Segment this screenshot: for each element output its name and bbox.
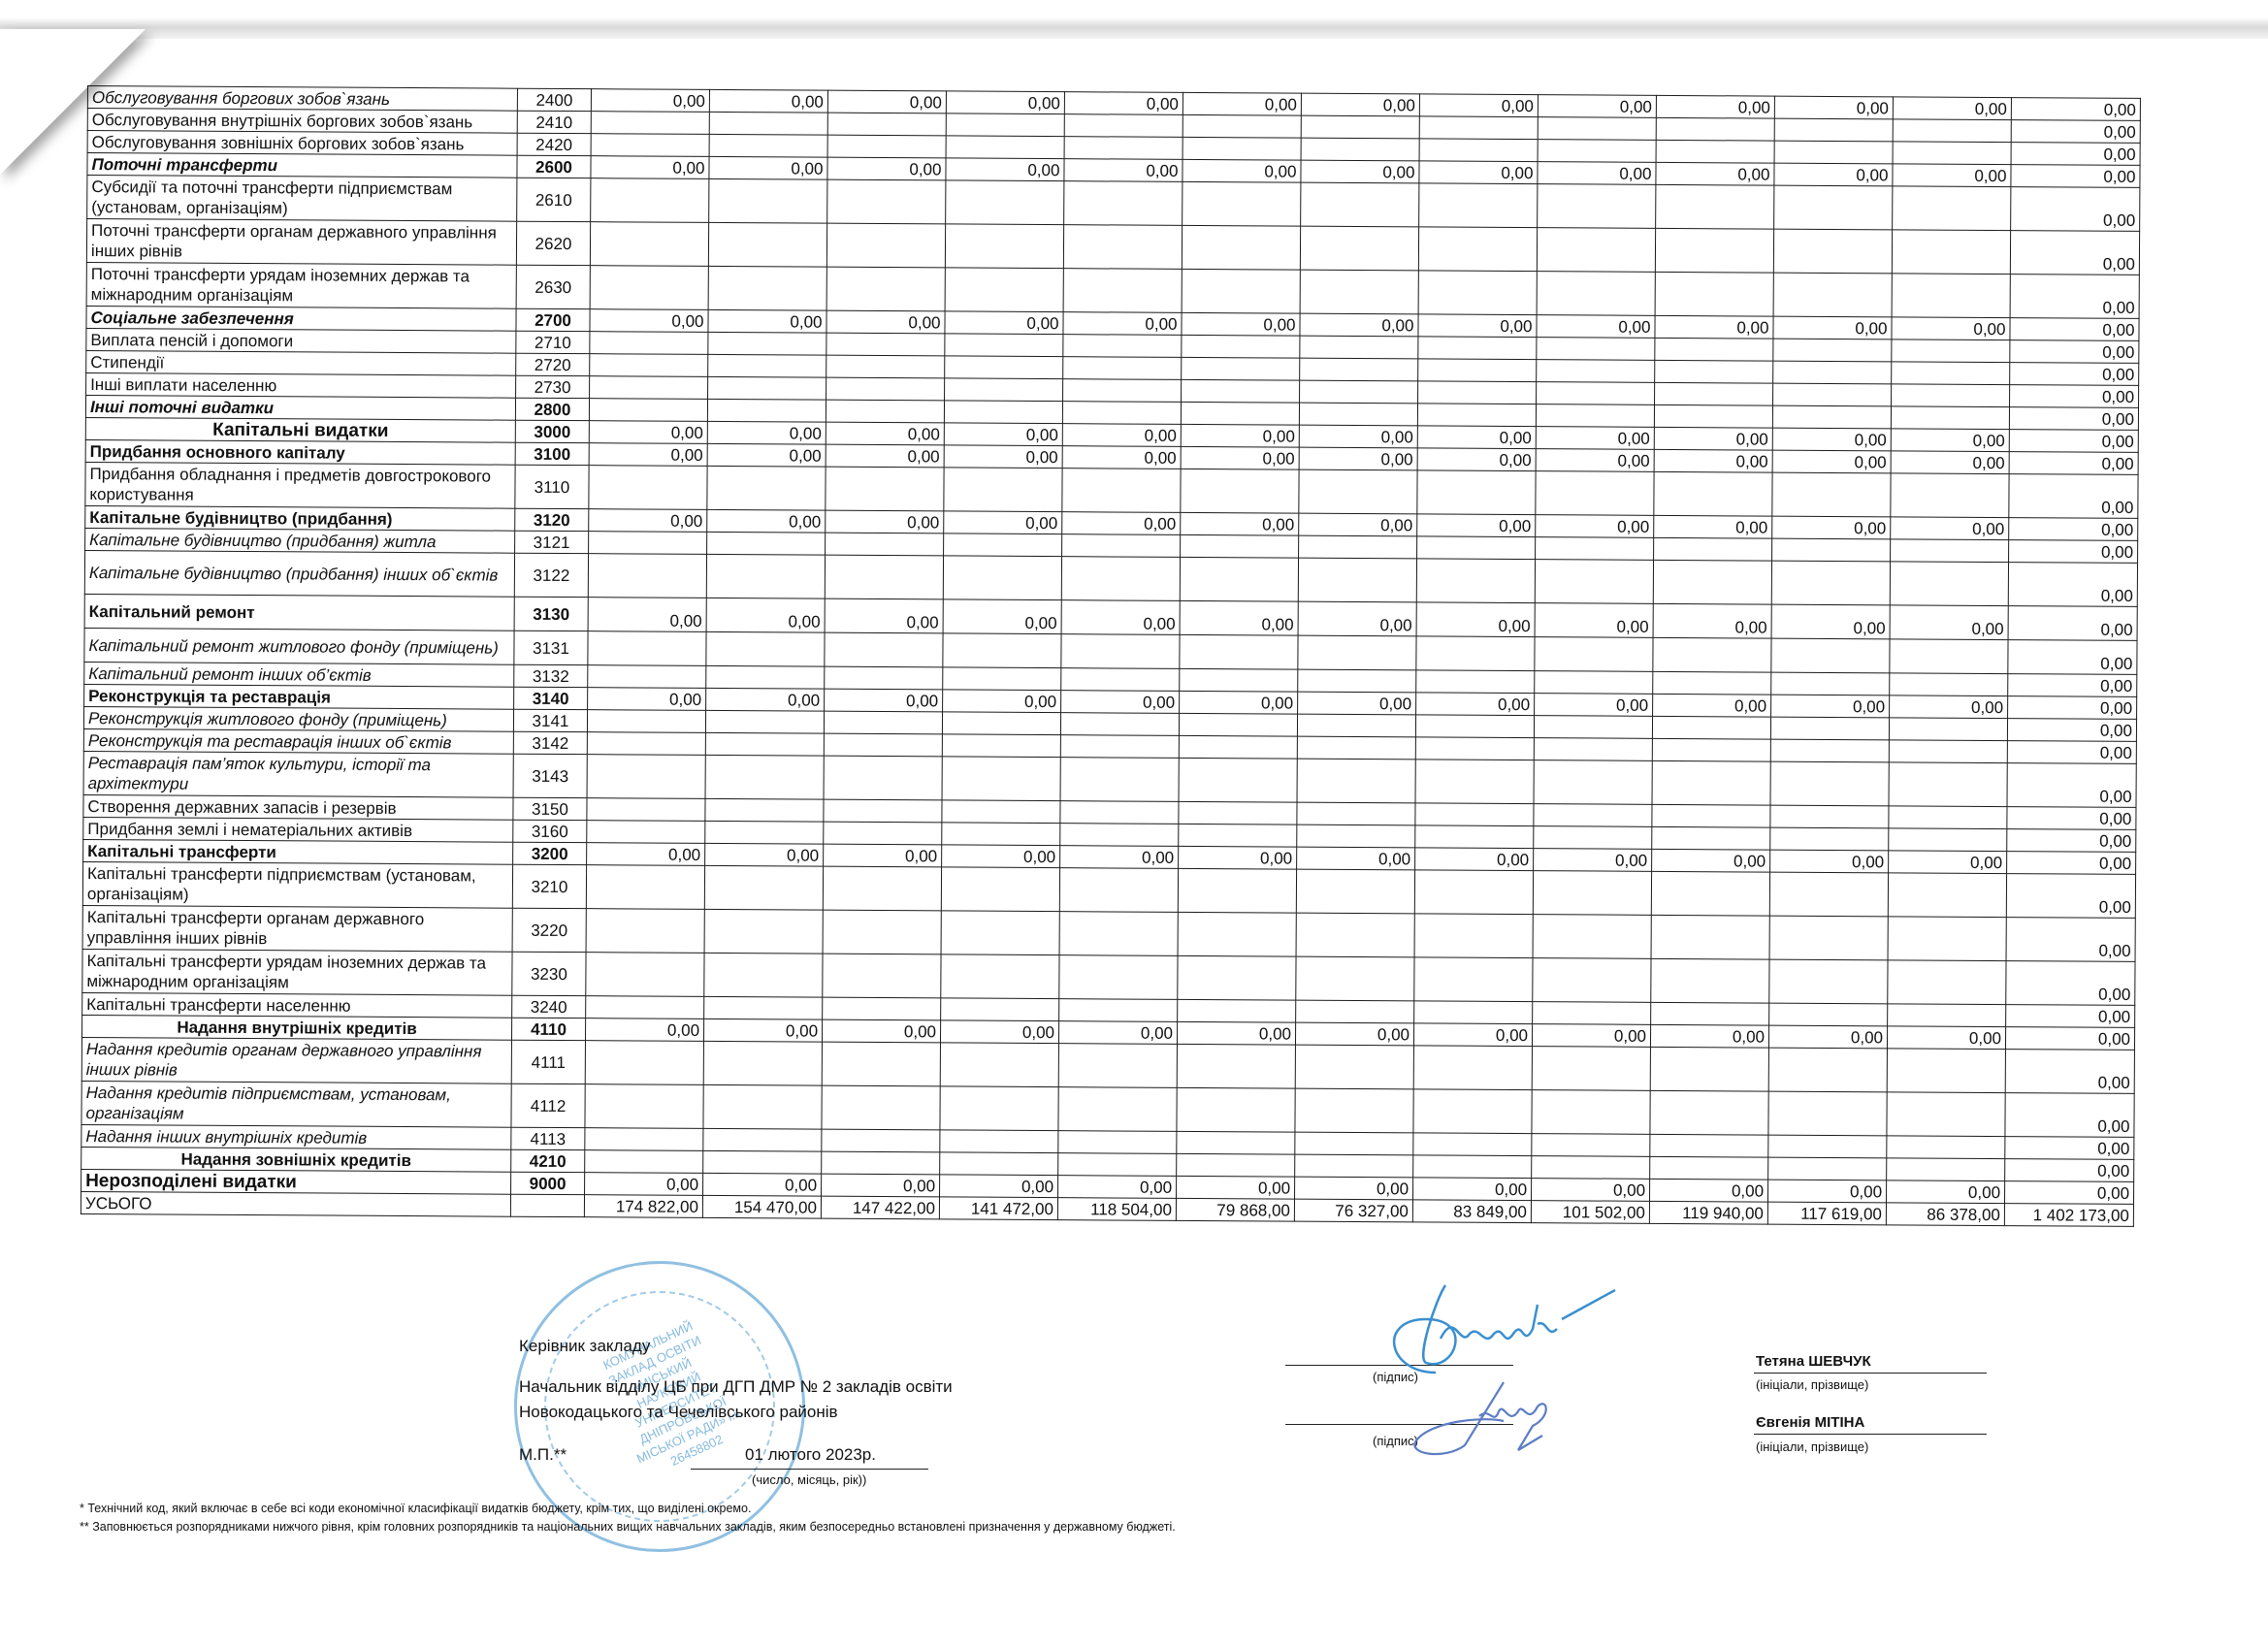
month-value xyxy=(585,1084,703,1129)
month-value xyxy=(943,667,1061,691)
month-value: 0,00 xyxy=(1892,317,2010,340)
row-label: Надання інших внутрішніх кредитів xyxy=(81,1124,511,1149)
row-label: Капітальні трансферти xyxy=(83,839,513,864)
month-value xyxy=(825,555,943,599)
accountant-name-line xyxy=(1754,1434,1987,1435)
row-label: Обслуговування внутрішніх боргових зобов… xyxy=(87,109,517,134)
row-code: 3143 xyxy=(513,754,587,797)
month-value xyxy=(589,466,707,510)
month-value: 0,00 xyxy=(1062,512,1181,535)
month-value xyxy=(708,222,826,267)
row-code: 2420 xyxy=(517,133,591,155)
month-value xyxy=(1771,672,1890,695)
row-total: 0,00 xyxy=(2006,918,2135,962)
month-value xyxy=(1774,118,1893,142)
row-total: 0,00 xyxy=(2007,719,2136,742)
row-total: 0,00 xyxy=(2006,961,2135,1006)
month-value: 0,00 xyxy=(588,598,706,632)
month-value: 0,00 xyxy=(591,89,709,113)
month-value xyxy=(1893,119,2011,143)
head-handwritten-signature xyxy=(1368,1280,1620,1392)
month-value xyxy=(1179,824,1297,847)
month-value: 0,00 xyxy=(943,599,1061,634)
month-value xyxy=(822,1085,940,1130)
month-value: 0,00 xyxy=(1061,600,1180,635)
month-value xyxy=(587,755,705,799)
month-value: 0,00 xyxy=(826,422,944,445)
month-value: 0,00 xyxy=(827,157,946,180)
month-value xyxy=(1892,362,2010,385)
month-value xyxy=(823,866,941,911)
month-value: 0,00 xyxy=(1771,695,1890,718)
row-total: 0,00 xyxy=(2004,1181,2133,1205)
row-label: Капітальне будівництво (придбання) інших… xyxy=(84,550,514,597)
month-value xyxy=(944,533,1062,557)
month-value: 0,00 xyxy=(1535,603,1653,638)
month-value xyxy=(1181,402,1299,425)
month-value: 0,00 xyxy=(1417,448,1536,471)
month-value: 0,00 xyxy=(1417,426,1536,449)
row-total: 0,00 xyxy=(2008,563,2137,607)
month-value xyxy=(1058,1131,1177,1154)
row-label: Капітальні трансферти урядам іноземних д… xyxy=(82,949,512,995)
month-value xyxy=(1178,912,1296,956)
month-value: 0,00 xyxy=(1300,313,1418,337)
month-value xyxy=(1536,404,1654,428)
month-value xyxy=(706,665,825,689)
row-label: Капітальні трансферти органам державного… xyxy=(82,905,512,952)
month-value: 0,00 xyxy=(703,1018,822,1042)
month-value xyxy=(1177,1131,1295,1154)
month-value: 0,00 xyxy=(824,844,942,867)
month-value xyxy=(1890,673,2008,696)
row-total: 0,00 xyxy=(2010,385,2139,408)
month-value xyxy=(1300,226,1418,271)
row-code: 3230 xyxy=(512,952,586,995)
month-total: 101 502,00 xyxy=(1531,1201,1649,1224)
month-value xyxy=(1183,114,1301,138)
month-value xyxy=(1415,825,1534,849)
footnote-1: * Технічний код, який включає в себе всі… xyxy=(80,1502,751,1515)
month-value xyxy=(1418,337,1537,360)
month-value xyxy=(1182,269,1300,313)
month-value xyxy=(1180,557,1298,601)
month-value xyxy=(586,953,704,997)
row-label: Обслуговування боргових зобов`язань xyxy=(87,86,517,112)
month-value: 0,00 xyxy=(1415,848,1534,871)
row-code: 3110 xyxy=(515,465,589,508)
month-value xyxy=(1890,562,2008,606)
month-value: 0,00 xyxy=(1653,694,1771,717)
month-value xyxy=(1537,382,1655,405)
row-label: Надання внутрішніх кредитів xyxy=(82,1015,512,1040)
row-code: 4111 xyxy=(511,1040,585,1083)
row-total: 0,00 xyxy=(2005,1050,2134,1094)
month-value: 0,00 xyxy=(1889,851,2007,874)
month-value xyxy=(1652,804,1770,827)
month-value xyxy=(1178,955,1296,1000)
month-value xyxy=(587,821,705,844)
month-value xyxy=(1063,269,1182,313)
month-value xyxy=(590,376,708,400)
month-value xyxy=(589,399,707,422)
row-code: 3130 xyxy=(514,597,588,630)
month-value xyxy=(1533,1002,1651,1025)
month-value xyxy=(1537,360,1655,383)
month-value xyxy=(1299,535,1417,559)
month-value xyxy=(587,732,705,756)
row-label: Надання кредитів органам державного упра… xyxy=(81,1037,511,1083)
month-value xyxy=(1415,737,1534,760)
month-value xyxy=(1182,335,1300,358)
row-total: 0,00 xyxy=(2006,1005,2135,1028)
month-value: 0,00 xyxy=(1536,427,1654,450)
month-value: 0,00 xyxy=(1062,424,1181,447)
month-value: 0,00 xyxy=(1058,1176,1177,1199)
month-value xyxy=(587,710,705,733)
row-label: Капітальний ремонт xyxy=(84,594,514,630)
month-value: 0,00 xyxy=(1183,92,1301,115)
month-value xyxy=(1301,182,1419,227)
month-value xyxy=(1182,225,1300,270)
month-value xyxy=(1769,1003,1888,1026)
row-code: 2700 xyxy=(516,308,590,331)
month-value: 0,00 xyxy=(587,843,705,866)
month-value xyxy=(1772,538,1891,562)
month-value xyxy=(1893,142,2011,165)
month-value xyxy=(1417,536,1536,560)
month-value xyxy=(944,468,1062,512)
month-value xyxy=(1537,272,1655,316)
month-value xyxy=(1773,273,1892,317)
month-value xyxy=(1295,1132,1413,1155)
month-value xyxy=(1769,959,1888,1004)
month-value xyxy=(1534,826,1652,850)
date-caption: (число, місяць, рік)) xyxy=(752,1472,866,1487)
month-value xyxy=(1653,560,1771,604)
month-value: 0,00 xyxy=(1063,312,1182,336)
row-total: 0,00 xyxy=(2011,120,2140,144)
month-value xyxy=(1297,802,1415,825)
month-value: 0,00 xyxy=(1413,1178,1532,1201)
month-value: 0,00 xyxy=(822,1019,940,1043)
row-code: 3000 xyxy=(515,420,589,442)
month-value xyxy=(1888,917,2006,961)
month-total: 119 940,00 xyxy=(1649,1201,1767,1224)
month-value xyxy=(708,376,826,400)
row-label: Капітальні трансферти підприємствам (уст… xyxy=(82,861,512,908)
month-total: 79 868,00 xyxy=(1176,1198,1294,1221)
month-value xyxy=(942,800,1060,824)
month-value: 0,00 xyxy=(1770,850,1889,873)
month-total: 174 822,00 xyxy=(584,1195,702,1218)
month-value xyxy=(1058,1087,1177,1132)
month-value xyxy=(1891,473,2009,518)
month-value xyxy=(1298,635,1416,670)
month-value: 0,00 xyxy=(1058,1021,1177,1045)
month-value xyxy=(1893,186,2011,231)
month-value xyxy=(825,632,943,667)
month-value: 0,00 xyxy=(589,509,707,533)
month-value xyxy=(1651,871,1769,916)
month-value: 0,00 xyxy=(1886,1180,2004,1204)
month-value xyxy=(1770,739,1889,762)
row-code: 2620 xyxy=(516,221,590,265)
month-value xyxy=(703,1084,822,1129)
month-value xyxy=(1181,534,1299,558)
month-value xyxy=(1177,1087,1295,1132)
month-value xyxy=(1652,826,1770,850)
month-value xyxy=(1059,955,1178,1000)
month-total: 83 849,00 xyxy=(1412,1200,1531,1223)
month-value: 0,00 xyxy=(1299,513,1417,536)
row-code: 3160 xyxy=(513,820,587,842)
row-code: 3142 xyxy=(513,731,587,754)
row-code: 3200 xyxy=(513,842,587,864)
month-value: 0,00 xyxy=(1893,97,2011,120)
month-value xyxy=(1415,760,1534,804)
month-value xyxy=(706,554,825,598)
month-value xyxy=(1419,116,1538,140)
row-code: 4110 xyxy=(511,1018,585,1040)
month-value: 0,00 xyxy=(826,444,944,468)
row-label: Нерозподілені видатки xyxy=(81,1169,511,1194)
month-value: 0,00 xyxy=(1416,602,1535,637)
month-value xyxy=(1177,1044,1295,1088)
month-value: 0,00 xyxy=(1538,95,1656,118)
row-code: 4112 xyxy=(511,1083,585,1127)
month-value: 0,00 xyxy=(1893,164,2011,187)
row-code: 2800 xyxy=(515,398,589,420)
month-value: 0,00 xyxy=(1887,1026,2005,1050)
month-value xyxy=(1534,716,1652,739)
month-value xyxy=(588,631,706,666)
month-value xyxy=(1771,638,1890,673)
month-value: 0,00 xyxy=(1180,691,1298,714)
month-value xyxy=(826,267,945,311)
month-value xyxy=(1651,1002,1769,1025)
row-code: 3240 xyxy=(512,995,586,1018)
month-value xyxy=(1536,537,1654,561)
month-value xyxy=(587,798,705,822)
month-value xyxy=(703,1041,822,1085)
month-total: 76 327,00 xyxy=(1294,1199,1412,1222)
month-value xyxy=(1888,1004,2006,1027)
month-value: 0,00 xyxy=(709,156,827,179)
row-label: Реконструкція житлового фонду (приміщень… xyxy=(83,706,513,731)
month-value xyxy=(709,178,827,223)
month-value xyxy=(1063,225,1182,270)
month-value: 0,00 xyxy=(1768,1180,1887,1203)
row-label: Субсидії та поточні трансферти підприємс… xyxy=(87,176,517,222)
row-total: 0,00 xyxy=(2010,363,2139,386)
month-total: 86 378,00 xyxy=(1886,1203,2004,1226)
budget-expenditure-table: Обслуговування боргових зобов`язань24000… xyxy=(81,85,2141,1227)
month-value xyxy=(708,332,826,355)
row-label: Поточні трансферти урядам іноземних держ… xyxy=(86,262,516,308)
month-value xyxy=(705,710,824,733)
month-value xyxy=(1535,637,1653,672)
month-value xyxy=(1537,228,1655,273)
month-value xyxy=(1890,639,2008,674)
head-name-line xyxy=(1754,1373,1987,1374)
month-value xyxy=(1892,339,2010,363)
month-value xyxy=(826,377,945,401)
month-value xyxy=(1656,184,1774,229)
row-label: Капітальний ремонт житлового фонду (прим… xyxy=(84,628,514,664)
month-value xyxy=(1297,759,1415,803)
row-code: 2730 xyxy=(516,375,590,398)
month-value xyxy=(1770,827,1889,851)
month-value xyxy=(1413,1133,1532,1156)
month-value xyxy=(1655,272,1773,316)
month-value: 0,00 xyxy=(1654,449,1772,472)
month-value xyxy=(1889,806,2007,829)
row-code: 9000 xyxy=(511,1172,585,1194)
month-value xyxy=(1652,716,1770,739)
scan-edge-shadow xyxy=(0,0,2268,39)
month-value: 0,00 xyxy=(591,156,709,179)
month-value: 0,00 xyxy=(1654,515,1772,538)
month-value xyxy=(1773,229,1892,274)
month-value xyxy=(1889,762,2007,807)
month-value xyxy=(1416,636,1535,671)
month-value xyxy=(586,865,704,910)
month-value xyxy=(822,1129,940,1152)
month-value: 0,00 xyxy=(585,1018,703,1042)
month-value: 0,00 xyxy=(1419,161,1538,184)
month-value xyxy=(1416,559,1535,603)
month-value xyxy=(1768,1048,1887,1092)
month-value xyxy=(1888,960,2006,1005)
month-value xyxy=(1768,1135,1887,1158)
month-value xyxy=(1770,717,1889,740)
month-value xyxy=(590,266,708,310)
month-value xyxy=(823,997,941,1020)
month-value xyxy=(1535,560,1653,604)
month-value xyxy=(1060,758,1179,802)
month-value: 0,00 xyxy=(1650,1179,1768,1202)
row-total: 0,00 xyxy=(2009,407,2138,431)
month-value xyxy=(826,533,944,556)
month-value: 0,00 xyxy=(706,688,825,711)
month-value xyxy=(1532,1134,1650,1157)
month-value xyxy=(590,354,708,377)
month-value xyxy=(1414,914,1533,958)
month-value xyxy=(586,909,704,954)
month-value xyxy=(1532,1047,1650,1091)
month-value xyxy=(946,180,1064,225)
month-value xyxy=(591,178,709,223)
row-label: Інші виплати населенню xyxy=(86,372,516,398)
month-value xyxy=(1059,999,1178,1022)
month-value xyxy=(1177,1153,1295,1177)
month-value xyxy=(1418,359,1537,382)
month-value xyxy=(705,732,824,756)
grand-total-value: 1 402 173,00 xyxy=(2004,1204,2133,1227)
month-value xyxy=(1413,1046,1532,1090)
month-value: 0,00 xyxy=(1181,512,1299,535)
month-total: 141 472,00 xyxy=(939,1197,1057,1220)
month-value xyxy=(585,1041,703,1085)
month-value xyxy=(1298,669,1416,693)
month-value xyxy=(1300,380,1418,404)
month-value xyxy=(703,1128,822,1151)
month-value xyxy=(1059,912,1178,956)
month-value xyxy=(1536,471,1654,516)
month-value: 0,00 xyxy=(1532,1024,1650,1048)
month-value xyxy=(1533,871,1651,916)
month-value: 0,00 xyxy=(1772,450,1891,473)
month-value xyxy=(1058,1044,1177,1088)
month-value xyxy=(1414,1001,1533,1024)
row-code: 3121 xyxy=(515,531,589,553)
month-value xyxy=(1296,956,1414,1001)
month-value: 0,00 xyxy=(1536,449,1654,472)
month-value xyxy=(1651,958,1769,1003)
month-value xyxy=(1538,184,1656,229)
row-total: 0,00 xyxy=(2010,231,2139,275)
row-total: 0,00 xyxy=(2008,674,2137,697)
month-value xyxy=(1182,379,1300,403)
month-value xyxy=(1774,185,1893,230)
head-name: Тетяна ШЕВЧУК xyxy=(1756,1353,1871,1370)
month-value: 0,00 xyxy=(1064,92,1183,115)
month-value xyxy=(1656,140,1774,163)
month-value: 0,00 xyxy=(1299,425,1417,448)
row-label: Капітальні трансферти населенню xyxy=(82,992,512,1018)
month-value: 0,00 xyxy=(1534,849,1652,872)
month-value xyxy=(943,633,1061,668)
month-value xyxy=(1180,634,1298,669)
month-value xyxy=(590,222,708,267)
row-code: 3120 xyxy=(515,508,589,531)
month-value xyxy=(1295,1154,1413,1178)
month-value: 0,00 xyxy=(822,1174,940,1197)
month-value xyxy=(1891,406,2009,430)
month-value xyxy=(1414,957,1533,1002)
month-value xyxy=(945,224,1063,269)
month-value: 0,00 xyxy=(588,688,706,711)
month-value: 0,00 xyxy=(1654,427,1772,450)
month-value: 0,00 xyxy=(1180,600,1298,635)
month-value xyxy=(1892,384,2010,407)
month-value: 0,00 xyxy=(1301,160,1419,183)
month-value xyxy=(704,953,823,997)
month-value xyxy=(824,756,942,800)
month-value: 0,00 xyxy=(946,91,1064,114)
month-value xyxy=(1419,183,1538,228)
month-value xyxy=(827,135,946,158)
month-value: 0,00 xyxy=(1774,163,1893,186)
month-value: 0,00 xyxy=(1298,692,1416,715)
month-value xyxy=(1064,114,1183,138)
month-value xyxy=(1889,718,2007,741)
row-label: Реконструкція та реставрація інших об`єк… xyxy=(83,728,513,754)
month-value xyxy=(1534,738,1652,761)
month-value: 0,00 xyxy=(940,1175,1058,1198)
month-value xyxy=(1179,801,1297,824)
month-value xyxy=(822,1151,940,1175)
month-value xyxy=(589,532,707,555)
month-value: 0,00 xyxy=(944,445,1062,469)
month-value xyxy=(1060,801,1179,824)
month-value xyxy=(824,799,942,823)
month-value xyxy=(1772,472,1891,517)
month-value xyxy=(1059,868,1178,913)
month-value xyxy=(942,757,1060,801)
month-value xyxy=(1887,1092,2005,1137)
